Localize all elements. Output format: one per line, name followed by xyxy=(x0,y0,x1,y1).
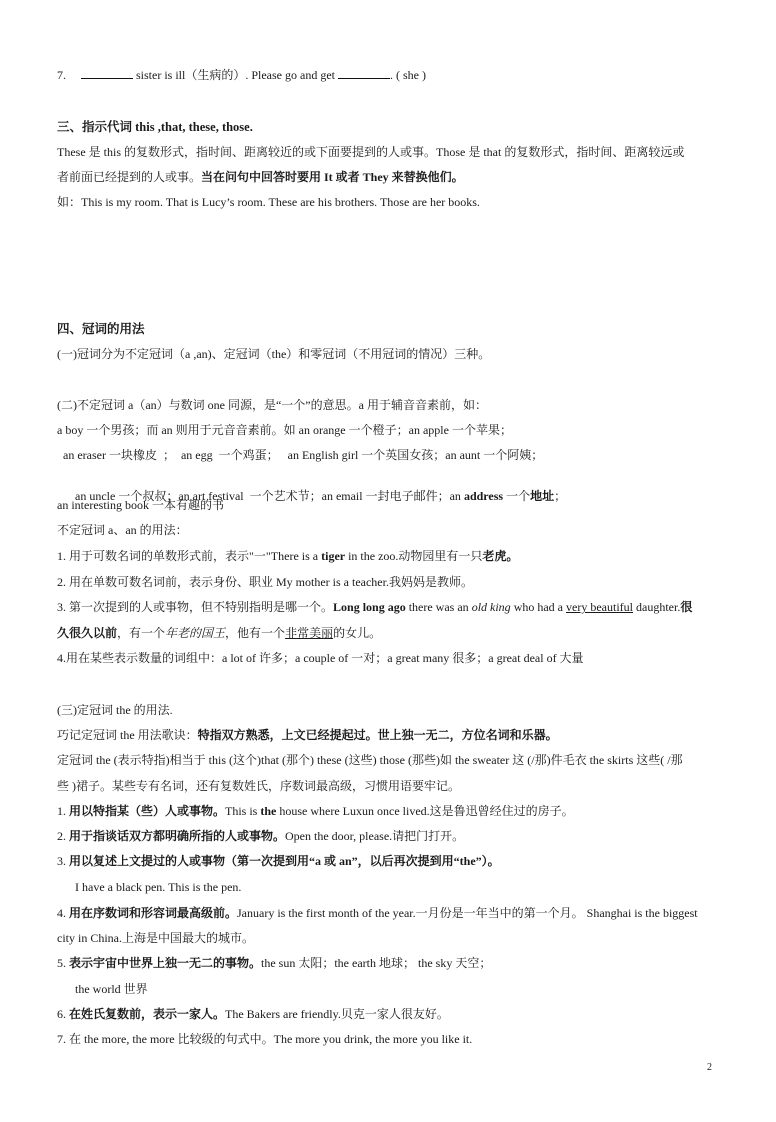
text: who had a xyxy=(511,600,566,614)
section-3-paragraph-line-1: These 是 this 的复数形式，指时间、距离较近的或下面要提到的人或事。T… xyxy=(57,144,684,160)
italic-phrase: 年老的国王 xyxy=(165,626,225,640)
italic-phrase: old king xyxy=(472,600,511,614)
bold-phrase: 久很久以前 xyxy=(57,626,117,640)
bold-word: tiger xyxy=(321,549,345,563)
text: the sun 太阳；the earth 地球； the sky 天空； xyxy=(261,956,491,970)
example-line-2: an eraser 一块橡皮 ； an egg 一个鸡蛋； an English… xyxy=(57,447,543,463)
bold-rule: 用在序数词和形容词最高级前。 xyxy=(69,906,237,920)
the-usage-4-line-2: city in China.上海是中国最大的城市。 xyxy=(57,930,254,946)
page-number: 2 xyxy=(707,1062,712,1073)
text: January is the first month of the year.一… xyxy=(237,906,698,920)
section-3-example: 如：This is my room. That is Lucy’s room. … xyxy=(57,194,480,210)
answer-blank-2[interactable] xyxy=(338,68,390,79)
example-line-4: an interesting book 一本有趣的书 xyxy=(57,497,224,513)
text: in the zoo.动物园里有一只 xyxy=(345,549,482,563)
item-number: 6. xyxy=(57,1007,69,1021)
the-usage-3-example: I have a black pen. This is the pen. xyxy=(75,879,241,895)
text: ，他有一个 xyxy=(225,626,285,640)
text: 一个 xyxy=(503,489,530,503)
text: ，有一个 xyxy=(117,626,165,640)
text: ； xyxy=(554,489,566,503)
bold-phrase: 很 xyxy=(680,600,692,614)
answer-blank-1[interactable] xyxy=(81,68,133,79)
bold-word: 地址 xyxy=(530,489,554,503)
usage-item-2: 2. 用在单数可数名词前，表示身份、职业 My mother is a teac… xyxy=(57,574,473,590)
bold-word: the xyxy=(260,804,276,818)
heading-cn: 三、指示代词 xyxy=(57,120,135,134)
text: there was an xyxy=(406,600,472,614)
the-usage-1: 1. 用以特指某（些）人或事物。This is the house where … xyxy=(57,803,574,819)
bold-rule: 用于指谈话双方都明确所指的人或事物。 xyxy=(69,829,285,843)
bold-rule: 用以复述上文提过的人或事物（第一次提到用“a 或 an”，以后再次提到用“the… xyxy=(69,854,500,868)
part-3-title: (三)定冠词 the 的用法. xyxy=(57,702,173,718)
bold-rhyme: 特指双方熟悉，上文已经提起过。世上独一无二，方位名词和乐器。 xyxy=(198,728,558,742)
usage-item-3: 3. 第一次提到的人或事物，但不特别指明是哪一个。Long long ago t… xyxy=(57,599,692,615)
rhyme: 巧记定冠词 the 用法歌诀：特指双方熟悉，上文已经提起过。世上独一无二，方位名… xyxy=(57,727,558,743)
question-hint: . ( she ) xyxy=(390,68,426,82)
question-number: 7. xyxy=(57,68,66,82)
item-number: 4. xyxy=(57,906,69,920)
bold-phrase: Long long ago xyxy=(333,600,406,614)
underlined-phrase: 非常美丽 xyxy=(285,626,333,640)
part-1: (一)冠词分为不定冠词（a ,an)、定冠词（the）和零冠词（不用冠词的情况）… xyxy=(57,346,490,362)
item-number: 5. xyxy=(57,956,69,970)
section-4-heading: 四、冠词的用法 xyxy=(57,321,145,337)
underlined-phrase: very beautiful xyxy=(566,600,633,614)
usage-item-3-line-2: 久很久以前，有一个年老的国王，他有一个非常美丽的女儿。 xyxy=(57,625,381,641)
text: This is xyxy=(225,804,260,818)
section-3-paragraph-line-2: 者前面已经提到的人或事。当在问句中回答时要用 It 或者 They 来替换他们。 xyxy=(57,169,464,185)
text: 者前面已经提到的人或事。 xyxy=(57,170,201,184)
the-usage-4: 4. 用在序数词和形容词最高级前。January is the first mo… xyxy=(57,905,698,921)
the-usage-3: 3. 用以复述上文提过的人或事物（第一次提到用“a 或 an”，以后再次提到用“… xyxy=(57,853,500,869)
text: house where Luxun once lived.这是鲁迅曾经住过的房子… xyxy=(276,804,573,818)
text: The Bakers are friendly.贝克一家人很友好。 xyxy=(225,1007,449,1021)
the-usage-5: 5. 表示宇宙中世界上独一无二的事物。the sun 太阳；the earth … xyxy=(57,955,491,971)
heading-en: this ,that, these, those. xyxy=(135,120,253,134)
usage-item-1: 1. 用于可数名词的单数形式前，表示"一"There is a tiger in… xyxy=(57,548,518,564)
the-usage-6: 6. 在姓氏复数前，表示一家人。The Bakers are friendly.… xyxy=(57,1006,449,1022)
text: 1. 用于可数名词的单数形式前，表示"一"There is a xyxy=(57,549,321,563)
question-text: sister is ill（生病的）. Please go and get xyxy=(133,68,338,82)
bold-word: address xyxy=(464,489,503,503)
item-number: 2. xyxy=(57,829,69,843)
the-usage-5-line-2: the world 世界 xyxy=(75,981,148,997)
bold-rule: 表示宇宙中世界上独一无二的事物。 xyxy=(69,956,261,970)
item-number: 3. xyxy=(57,854,69,868)
part-2-intro: (二)不定冠词 a（an）与数词 one 同源，是“一个”的意思。a 用于辅音音… xyxy=(57,397,487,413)
text: daughter. xyxy=(633,600,680,614)
bold-rule: 在姓氏复数前，表示一家人。 xyxy=(69,1007,225,1021)
example-line-1: a boy 一个男孩；而 an 则用于元音音素前。如 an orange 一个橙… xyxy=(57,422,512,438)
definition-line-1: 定冠词 the (表示特指)相当于 this (这个)that (那个) the… xyxy=(57,752,683,768)
bold-note: 当在问句中回答时要用 It 或者 They 来替换他们。 xyxy=(201,170,464,184)
text: Open the door, please.请把门打开。 xyxy=(285,829,464,843)
section-3-heading: 三、指示代词 this ,that, these, those. xyxy=(57,119,253,135)
bold-word: 老虎。 xyxy=(482,549,518,563)
exercise-q7: 7. sister is ill（生病的）. Please go and get… xyxy=(57,67,426,83)
bold-rule: 用以特指某（些）人或事物。 xyxy=(69,804,225,818)
item-number: 1. xyxy=(57,804,69,818)
usage-item-4: 4.用在某些表示数量的词组中：a lot of 许多；a couple of 一… xyxy=(57,650,584,666)
definition-line-2: 些 )裙子。某些专有名词，还有复数姓氏，序数词最高级，习惯用语要牢记。 xyxy=(57,778,460,794)
text: 巧记定冠词 the 用法歌诀： xyxy=(57,728,198,742)
text: 3. 第一次提到的人或事物，但不特别指明是哪一个。 xyxy=(57,600,333,614)
the-usage-2: 2. 用于指谈话双方都明确所指的人或事物。Open the door, plea… xyxy=(57,828,464,844)
the-usage-7: 7. 在 the more, the more 比较级的句式中。The more… xyxy=(57,1031,472,1047)
usage-title: 不定冠词 a、an 的用法： xyxy=(57,522,188,538)
text: 的女儿。 xyxy=(333,626,381,640)
